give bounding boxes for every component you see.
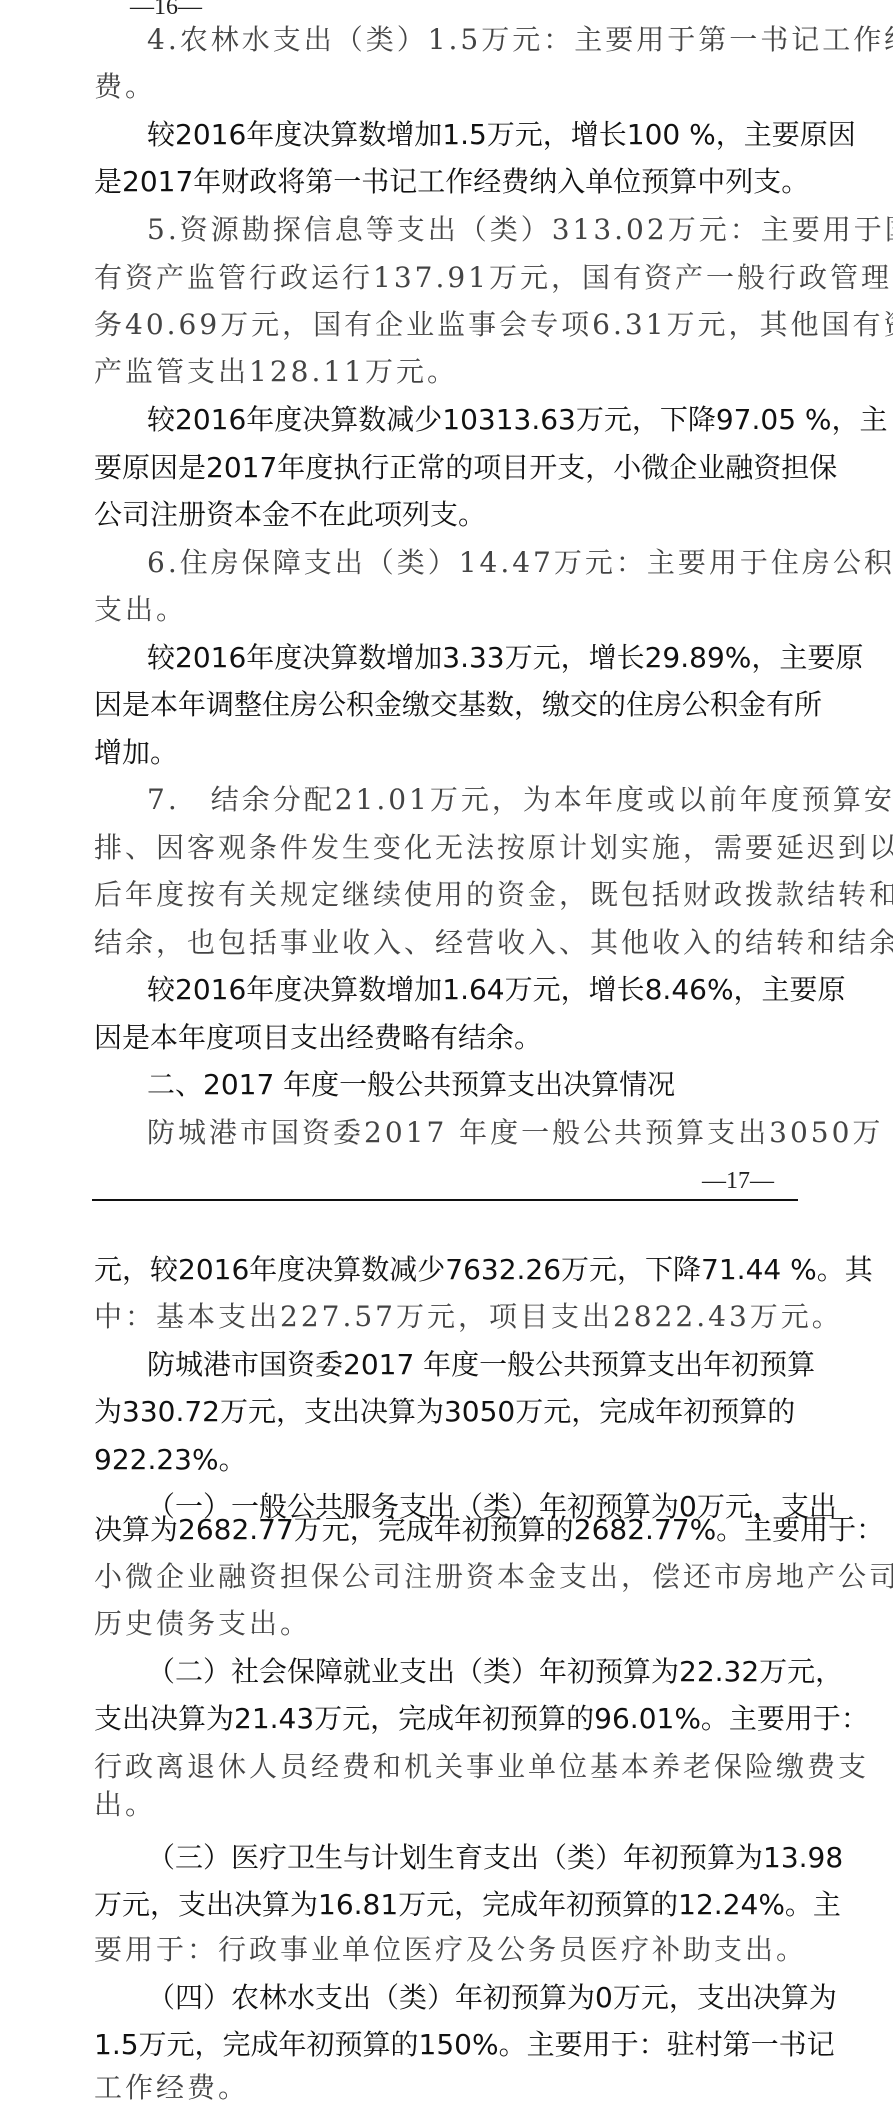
text-line: 支出。 — [94, 590, 794, 630]
text-line: 历史债务支出。 — [94, 1604, 794, 1644]
text-line: 二、2017 年度一般公共预算支出决算情况 — [147, 1065, 847, 1105]
text-line: 排、因客观条件发生变化无法按原计划实施，需要延迟到以 — [94, 828, 794, 868]
page-number-16: —16— — [130, 0, 202, 21]
text-line: 因是本年调整住房公积金缴交基数，缴交的住房公积金有所 — [94, 685, 794, 725]
text-line: 6.住房保障支出（类）14.47万元：主要用于住房公积金 — [147, 543, 847, 583]
text-line: 为330.72万元，支出决算为3050万元，完成年初预算的 — [94, 1392, 794, 1432]
text-line: 922.23%。 — [94, 1440, 794, 1480]
text-line: 决算为2682.77万元，完成年初预算的2682.77%。主要用于： — [94, 1510, 794, 1550]
text-line: （四）农林水支出（类）年初预算为0万元，支出决算为 — [147, 1978, 847, 2018]
text-line: 防城港市国资委2017 年度一般公共预算支出年初预算 — [147, 1345, 847, 1385]
text-line: 1.5万元，完成年初预算的150%。主要用于：驻村第一书记 — [94, 2025, 794, 2065]
text-line: 要用于：行政事业单位医疗及公务员医疗补助支出。 — [94, 1930, 794, 1970]
text-line: 较2016年度决算数增加1.64万元，增长8.46%，主要原 — [147, 970, 847, 1010]
text-line: 因是本年度项目支出经费略有结余。 — [94, 1018, 794, 1058]
text-line: 费。 — [94, 67, 794, 107]
text-line: 是2017年财政将第一书记工作经费纳入单位预算中列支。 — [94, 162, 794, 202]
text-line: 出。 — [94, 1785, 794, 1825]
text-line: 结余，也包括事业收入、经营收入、其他收入的结转和结余。 — [94, 923, 794, 963]
text-line: 增加。 — [94, 733, 794, 773]
text-line: 有资产监管行政运行137.91万元，国有资产一般行政管理事 — [94, 258, 794, 298]
text-line: 后年度按有关规定继续使用的资金，既包括财政拨款结转和 — [94, 875, 794, 915]
text-line: 中：基本支出227.57万元，项目支出2822.43万元。 — [94, 1297, 794, 1337]
text-line: 工作经费。 — [94, 2068, 794, 2107]
text-line: 元，较2016年度决算数减少7632.26万元，下降71.44 %。其 — [94, 1250, 794, 1290]
page-divider — [92, 1199, 798, 1201]
text-line: 7. 结余分配21.01万元，为本年度或以前年度预算安 — [147, 780, 847, 820]
text-line: 5.资源勘探信息等支出（类）313.02万元：主要用于国 — [147, 210, 847, 250]
text-line: 较2016年度决算数减少10313.63万元，下降97.05 %，主 — [147, 400, 847, 440]
text-line: 万元，支出决算为16.81万元，完成年初预算的12.24%。主 — [94, 1885, 794, 1925]
text-line: 务40.69万元，国有企业监事会专项6.31万元，其他国有资 — [94, 305, 794, 345]
text-line: （三）医疗卫生与计划生育支出（类）年初预算为13.98 — [147, 1838, 847, 1878]
text-line: 较2016年度决算数增加3.33万元，增长29.89%，主要原 — [147, 638, 847, 678]
text-line: 产监管支出128.11万元。 — [94, 352, 794, 392]
text-line: 支出决算为21.43万元，完成年初预算的96.01%。主要用于： — [94, 1699, 794, 1739]
text-line: 行政离退休人员经费和机关事业单位基本养老保险缴费支 — [94, 1747, 794, 1787]
text-line: 较2016年度决算数增加1.5万元，增长100 %，主要原因 — [147, 115, 847, 155]
text-line: 防城港市国资委2017 年度一般公共预算支出3050万 — [147, 1113, 847, 1153]
text-line: 要原因是2017年度执行正常的项目开支，小微企业融资担保 — [94, 448, 794, 488]
text-line: （二）社会保障就业支出（类）年初预算为22.32万元， — [147, 1652, 847, 1692]
text-line: 公司注册资本金不在此项列支。 — [94, 495, 794, 535]
text-line: 小微企业融资担保公司注册资本金支出，偿还市房地产公司 — [94, 1557, 794, 1597]
page-number-17: —17— — [702, 1168, 774, 1195]
text-line: 4.农林水支出（类）1.5万元：主要用于第一书记工作经 — [147, 20, 847, 60]
